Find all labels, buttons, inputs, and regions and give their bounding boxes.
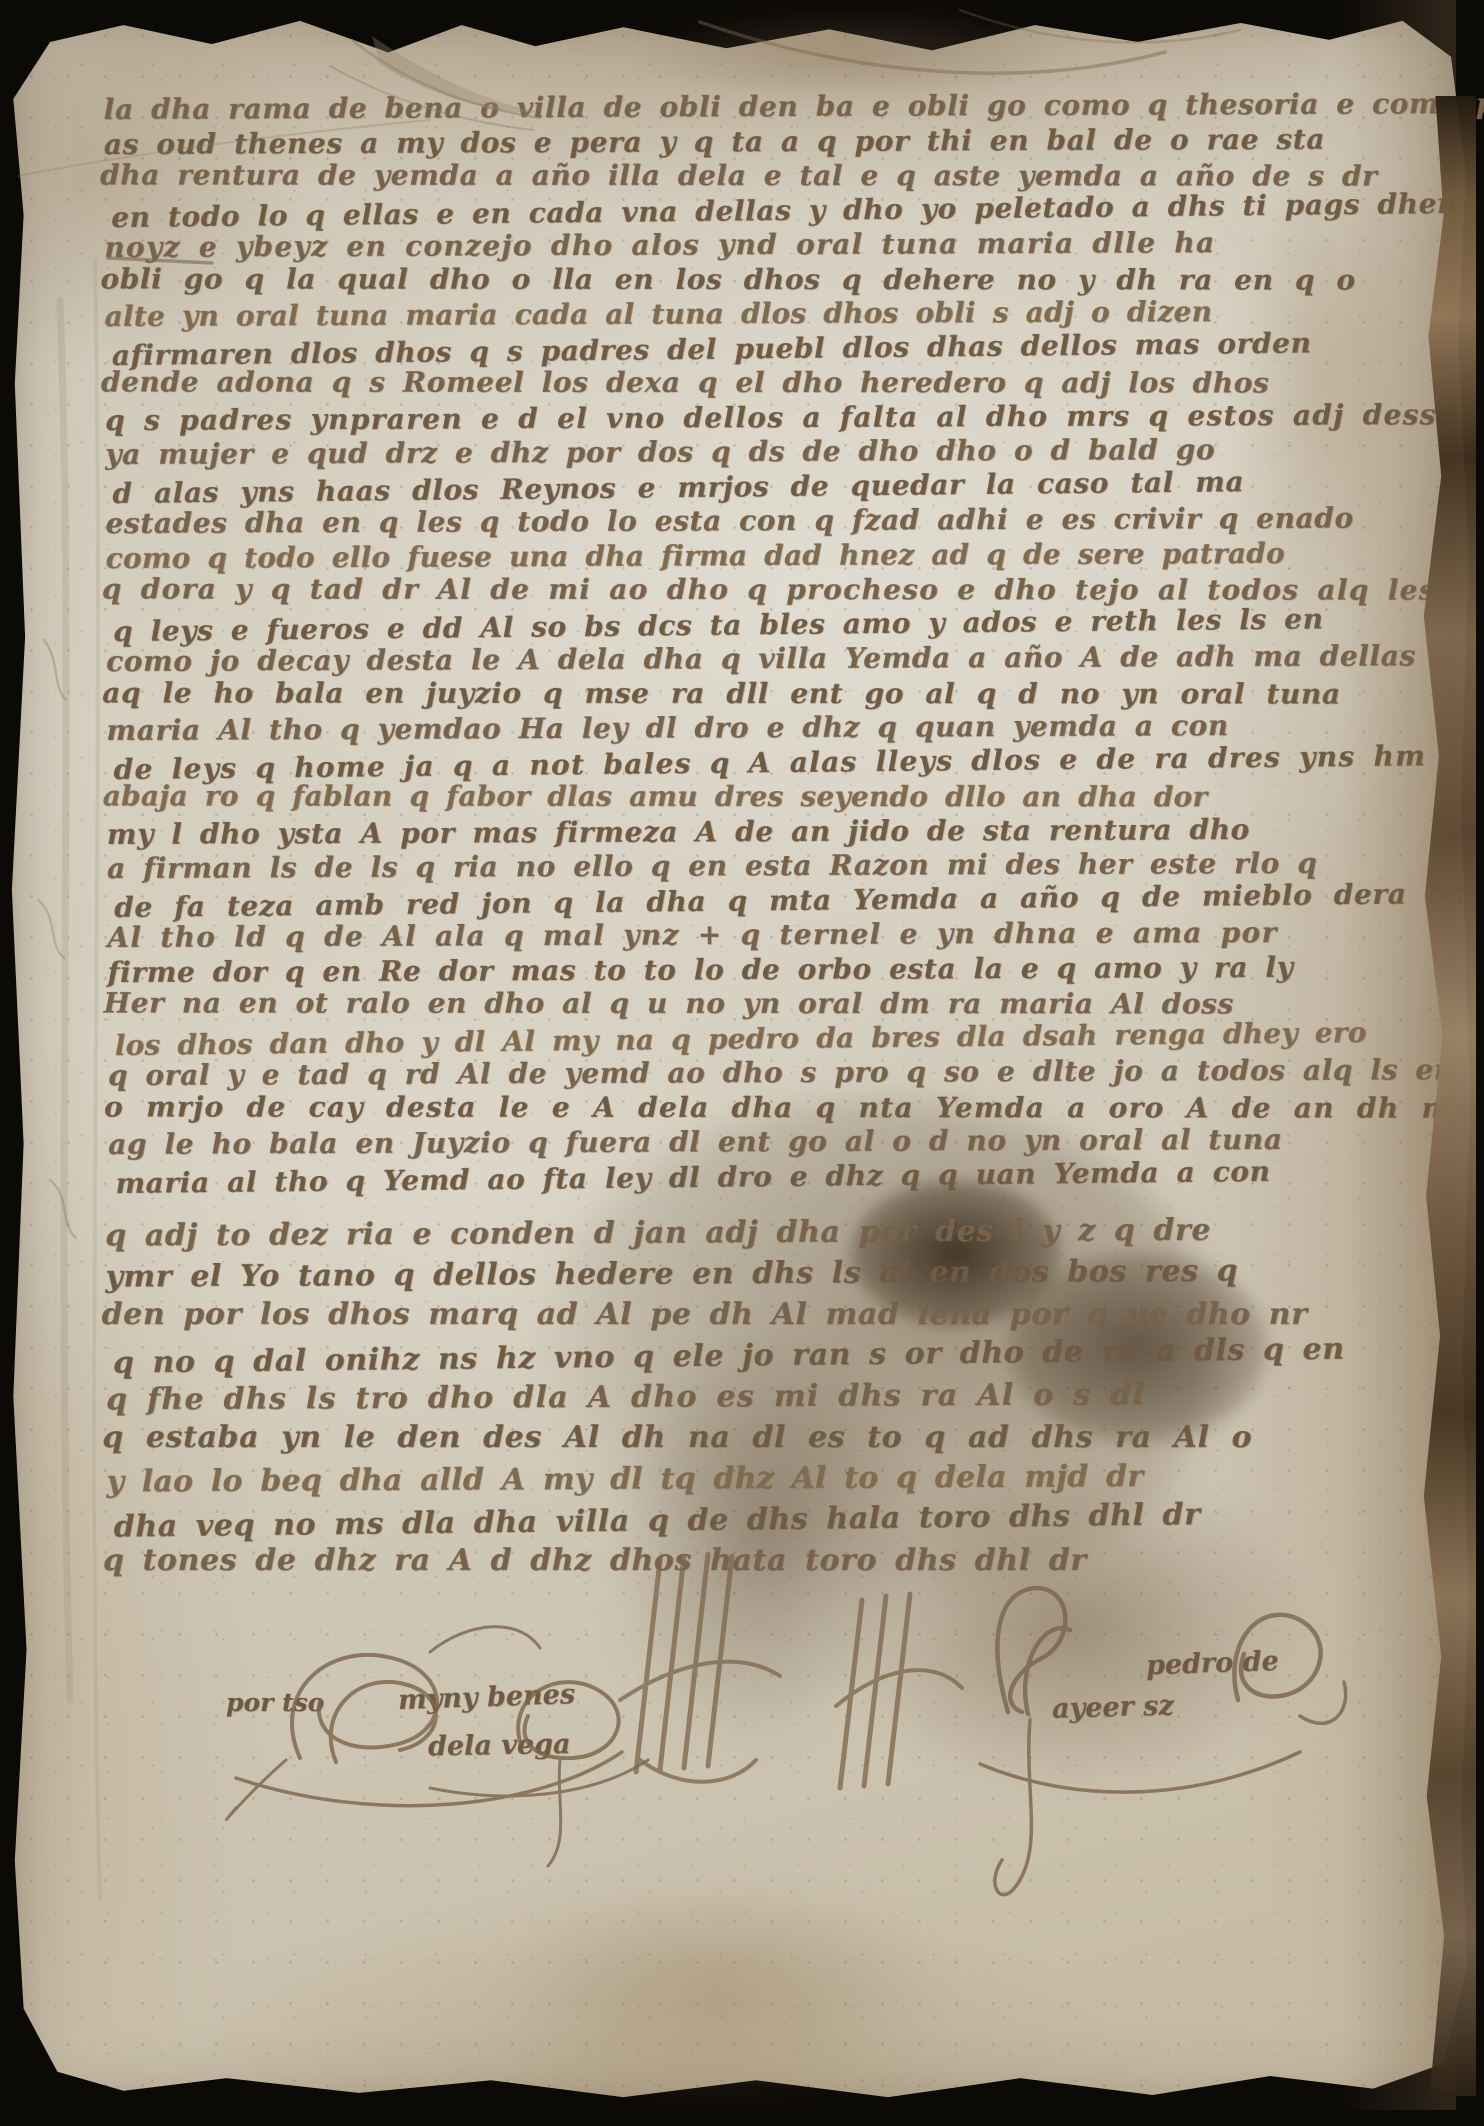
manuscript-scan: la dha rama de bena o villa de obli den …	[0, 0, 1484, 2126]
witness-signature-name: myny benes	[398, 1679, 576, 1716]
manuscript-line: aq le ho bala en juyzio q mse ra dll ent…	[102, 676, 1452, 712]
notary-signature-name: pedro de	[1145, 1646, 1279, 1682]
manuscript-line: q adj to dez ria e conden d jan adj dha …	[105, 1208, 1455, 1256]
manuscript-line: la dha rama de bena o villa de obli den …	[104, 87, 1454, 127]
notary-signature-name2: ayeer sz	[1052, 1690, 1174, 1724]
witness-signature-name2: dela vega	[428, 1729, 571, 1762]
witness-signature-prefix: por tso	[226, 1688, 324, 1717]
manuscript-line: abaja ro q fablan q fabor dlas amu dres …	[103, 779, 1453, 815]
manuscript-lower-block: q adj to dez ria e conden d jan adj dha …	[105, 1208, 1457, 1584]
manuscript-line: ymr el Yo tano q dellos hedere en dhs ls…	[105, 1249, 1455, 1297]
manuscript-line: q tones de dhz ra A d dhz dhos hata toro…	[103, 1540, 1453, 1581]
manuscript-line: q estaba yn le den des Al dh na dl es to…	[102, 1417, 1452, 1458]
manuscript-line: obli go q la qual dho o lla en los dhos …	[100, 262, 1450, 298]
manuscript-line: q s padres ynpraren e d el vno dellos a …	[105, 398, 1455, 438]
manuscript-line: como q todo ello fuese una dha firma dad…	[106, 536, 1456, 576]
manuscript-text-block: la dha rama de bena o villa de obli den …	[104, 87, 1459, 1197]
manuscript-line: firme dor q en Re dor mas to to lo de or…	[107, 950, 1457, 990]
manuscript-line: dende adona q s Romeel los dexa q el dho…	[101, 365, 1451, 401]
manuscript-line: as oud thenes a my dos e pera y q ta a q…	[104, 122, 1454, 162]
manuscript-line: o mrjo de cay desta le e A dela dha q nt…	[104, 1090, 1454, 1126]
manuscript-line: my l dho ysta A por mas firmeza A de an …	[107, 812, 1457, 852]
